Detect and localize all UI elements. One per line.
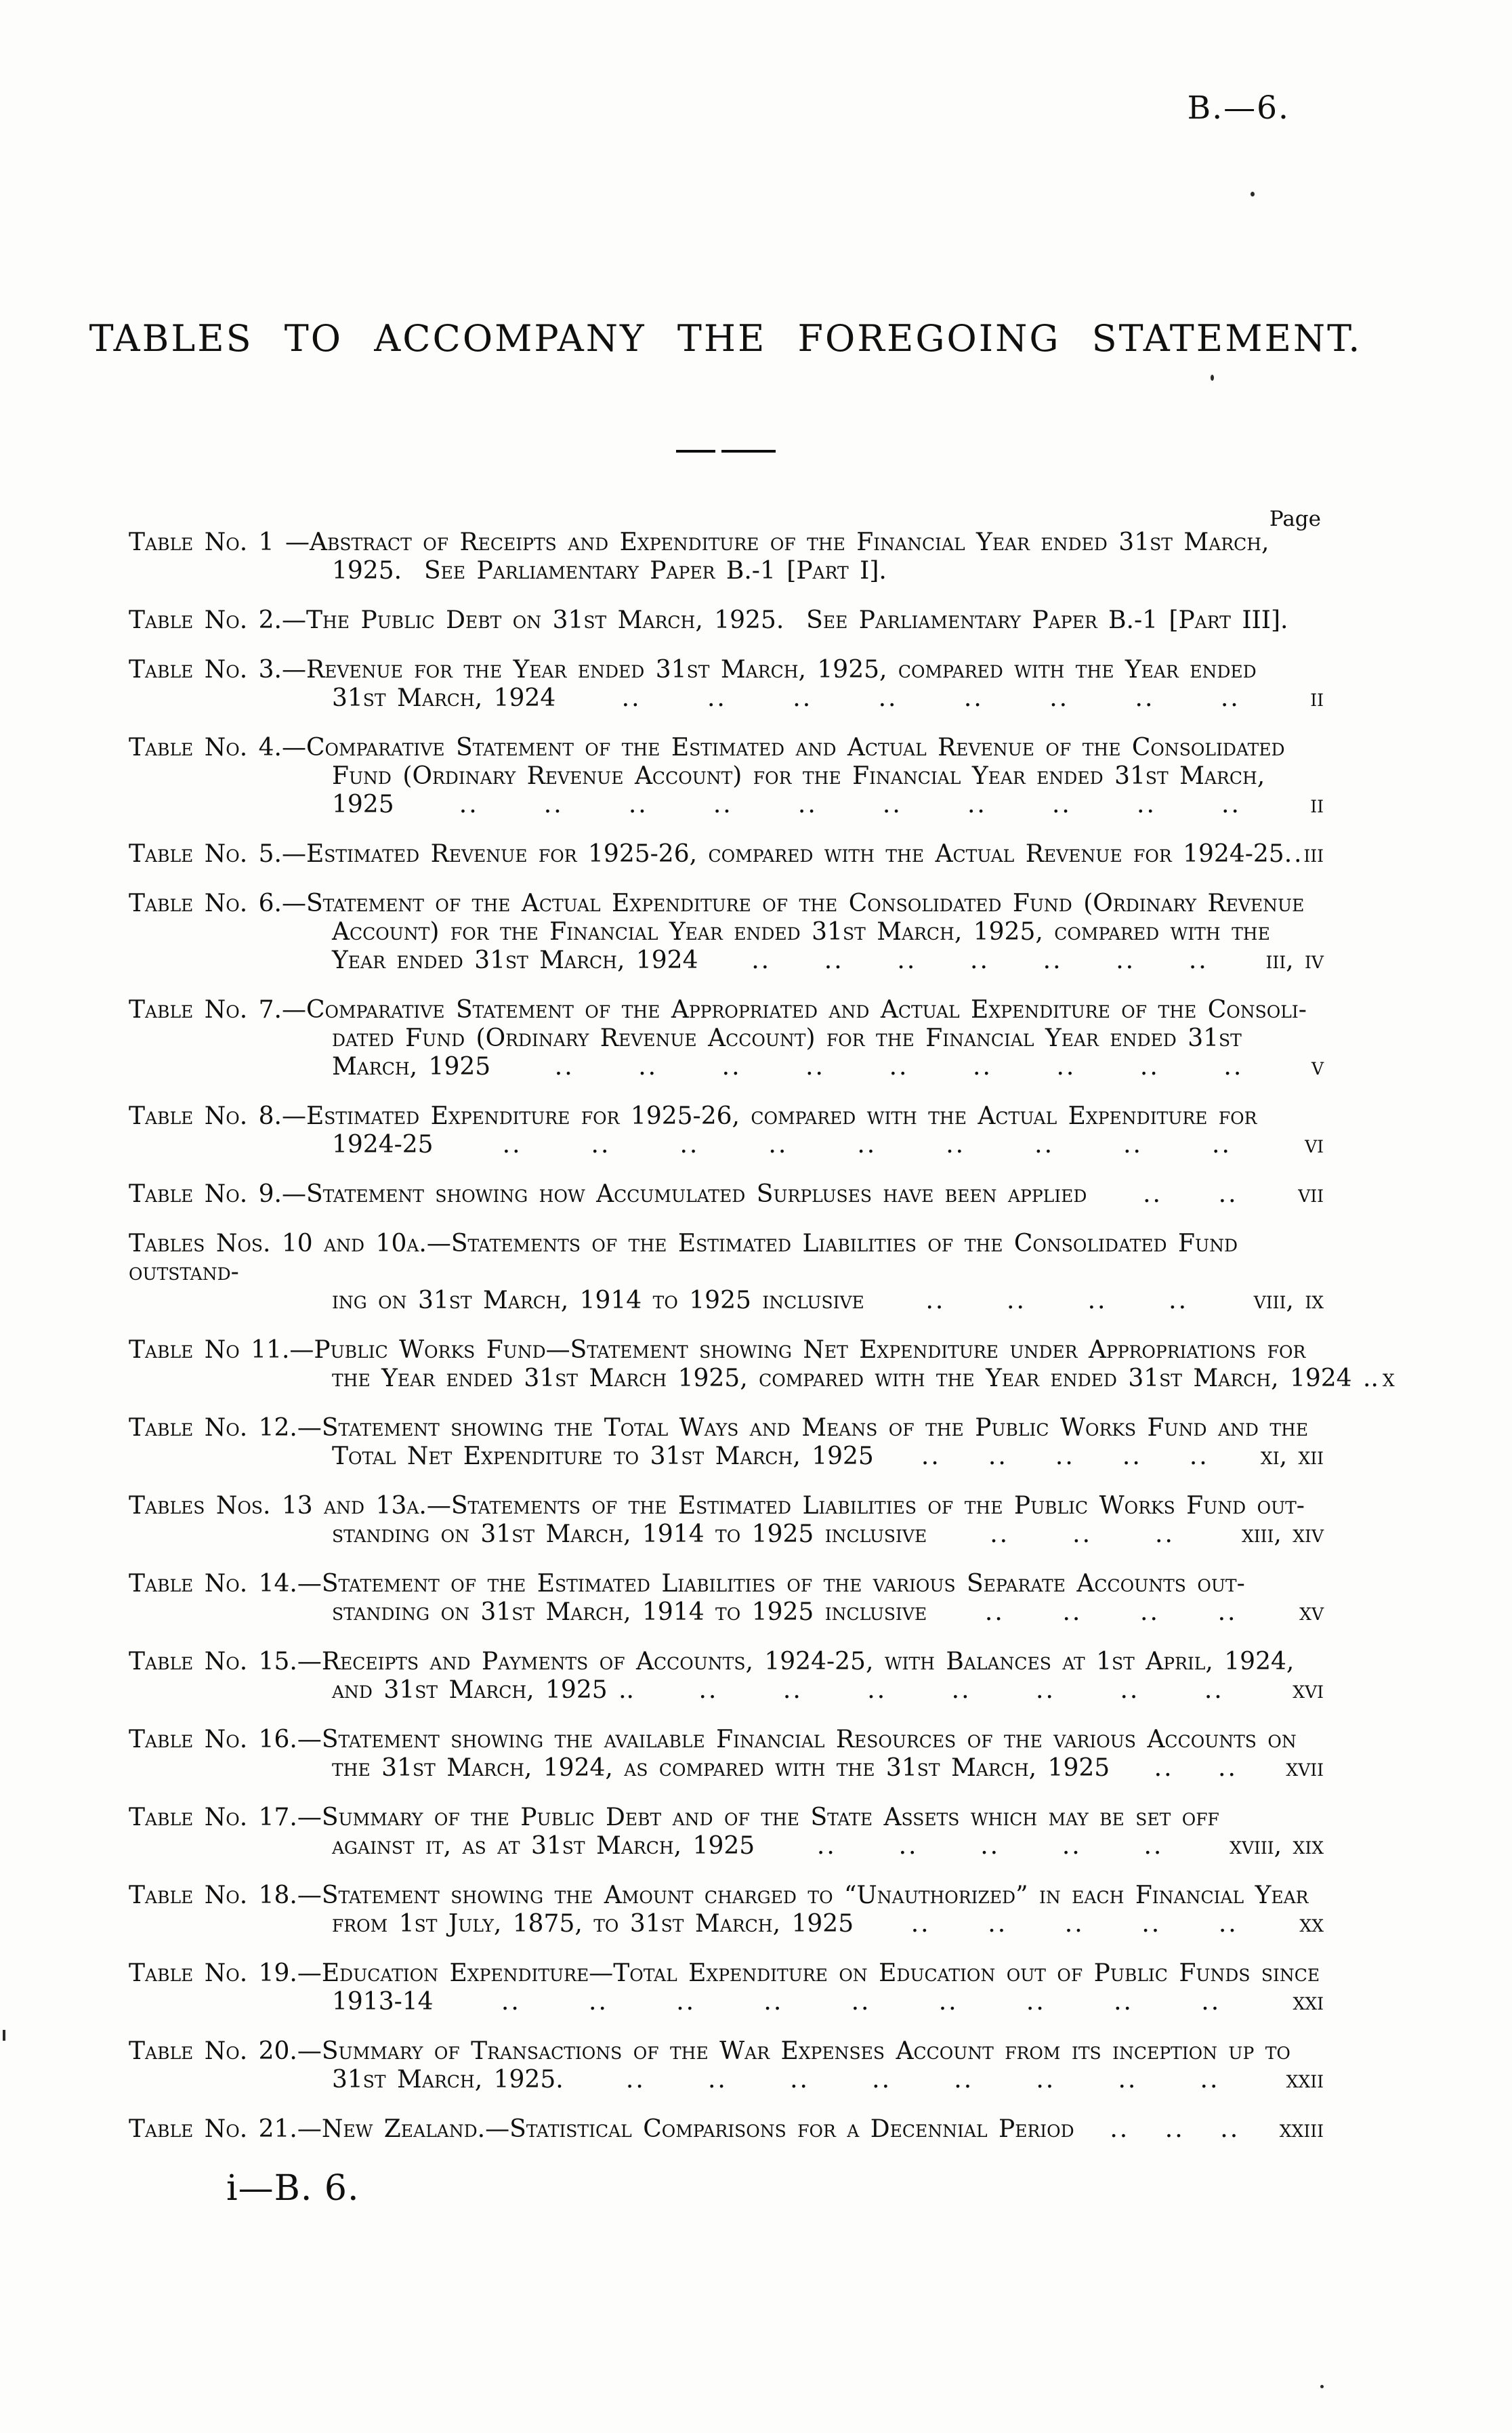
- dot-leader-pair: ..: [629, 791, 648, 819]
- dot-leader-pair: ..: [1062, 1832, 1082, 1860]
- dot-leader-pair: ..: [973, 1053, 992, 1081]
- dot-leader-pair: ..: [1056, 1053, 1076, 1081]
- scan-artifact: [3, 2030, 5, 2041]
- dot-leader: ..................: [434, 1131, 1301, 1159]
- dot-leader: ..........: [874, 1442, 1257, 1471]
- dot-leader-pair: ..: [1110, 2115, 1129, 2144]
- toc-entry-line: the Year ended 31st March 1925, compared…: [129, 1365, 1324, 1393]
- dot-leader: ......: [927, 1520, 1238, 1549]
- dot-leader-pair: ..: [1140, 1598, 1160, 1627]
- toc-entry-text: the 31st March, 1924, as compared with t…: [332, 1754, 1110, 1783]
- page-number: iii: [1299, 840, 1324, 869]
- dot-leader-pair: ..: [1088, 1287, 1108, 1315]
- dot-leader-pair: ..: [911, 1910, 931, 1938]
- dot-leader-pair: ..: [1155, 1520, 1175, 1549]
- dot-leader-pair: ..: [1223, 1053, 1243, 1081]
- dot-leader-pair: ..: [925, 1287, 945, 1315]
- dot-leader: ................: [555, 684, 1306, 713]
- toc-entry-line: 1925. See Parliamentary Paper B.-1 [Part…: [129, 557, 1324, 585]
- toc-entry-text: Table No. 9.—Statement showing how Accum…: [129, 1180, 1087, 1209]
- page-number: viii, ix: [1250, 1287, 1324, 1315]
- dot-leader-pair: ..: [1219, 1910, 1238, 1938]
- document-page: B.—6. TABLES TO ACCOMPANY THE FOREGOING …: [0, 0, 1512, 2433]
- page-number: xxii: [1282, 2066, 1324, 2094]
- toc-entry: Table No. 9.—Statement showing how Accum…: [129, 1180, 1324, 1209]
- toc-entry-line: Table No. 19.—Education Expenditure—Tota…: [129, 1959, 1324, 1988]
- dot-leader-pair: ..: [501, 1988, 521, 2016]
- dot-leader-pair: ..: [544, 791, 564, 819]
- toc-entry-text: Total Net Expenditure to 31st March, 192…: [332, 1442, 874, 1471]
- toc-entry-line: and 31st March, 1925 ................xvi: [129, 1676, 1324, 1705]
- dot-leader-pair: ..: [921, 1442, 941, 1471]
- dot-leader-pair: ..: [1137, 791, 1156, 819]
- toc-entry: Table No. 12.—Statement showing the Tota…: [129, 1414, 1324, 1471]
- toc-entry-text: 31st March, 1925.: [332, 2066, 564, 2094]
- toc-entry-text: from 1st July, 1875, to 31st March, 1925: [332, 1910, 854, 1938]
- toc-entry-line: 1924-25..................vi: [129, 1131, 1324, 1159]
- toc-entry-line: Total Net Expenditure to 31st March, 192…: [129, 1442, 1324, 1471]
- dot-leader-pair: ..: [889, 1053, 909, 1081]
- toc-entry: Table No. 14.—Statement of the Estimated…: [129, 1570, 1324, 1627]
- toc-entry: Table No. 5.—Estimated Revenue for 1925-…: [129, 840, 1324, 869]
- toc-entry-line: Table No. 3.—Revenue for the Year ended …: [129, 656, 1324, 684]
- dot-leader: ..................: [434, 1988, 1289, 2016]
- document-reference: B.—6.: [1188, 89, 1290, 127]
- page-title: TABLES TO ACCOMPANY THE FOREGOING STATEM…: [0, 317, 1512, 360]
- dot-leader-pair: ..: [708, 2066, 728, 2094]
- dot-leader-pair: ..: [1026, 1988, 1046, 2016]
- toc-entry-text: 1913-14: [332, 1988, 434, 2016]
- toc-entry-line: against it, as at 31st March, 1925......…: [129, 1832, 1324, 1860]
- dot-leader-pair: ..: [1212, 1131, 1232, 1159]
- dot-leader-pair: ..: [1055, 1442, 1075, 1471]
- toc-entry-line: Table No. 4.—Comparative Statement of th…: [129, 734, 1324, 762]
- toc-entry-line: standing on 31st March, 1914 to 1925 inc…: [129, 1520, 1324, 1549]
- toc-entry: Table No. 21.—New Zealand.—Statistical C…: [129, 2115, 1324, 2144]
- dot-leader: ................: [564, 2066, 1282, 2094]
- toc-entry-line: Table No. 18.—Statement showing the Amou…: [129, 1881, 1324, 1910]
- dot-leader-pair: ..: [857, 1131, 877, 1159]
- dot-leader-pair: ..: [1072, 1520, 1092, 1549]
- toc-entry-line: Table No. 9.—Statement showing how Accum…: [129, 1180, 1324, 1209]
- toc-entry-line: Table No. 5.—Estimated Revenue for 1925-…: [129, 840, 1324, 869]
- page-number: v: [1307, 1053, 1324, 1081]
- dot-leader: ....: [1087, 1180, 1294, 1209]
- dot-leader-pair: ..: [883, 791, 902, 819]
- toc-entry-line: 31st March, 1925.................xxii: [129, 2066, 1324, 2094]
- dot-leader-pair: ..: [980, 1832, 1000, 1860]
- page-number: vii: [1294, 1180, 1324, 1209]
- dot-leader-pair: ..: [1169, 1287, 1188, 1315]
- toc-entry-line: March, 1925..................v: [129, 1053, 1324, 1081]
- dot-leader: ..............: [698, 947, 1261, 975]
- dot-leader-pair: ..: [626, 2066, 646, 2094]
- dot-leader-pair: ..: [790, 2066, 810, 2094]
- dot-leader-pair: ..: [591, 1131, 611, 1159]
- dot-leader-pair: ..: [1034, 1131, 1054, 1159]
- dot-leader-pair: ..: [946, 1131, 965, 1159]
- toc-entry-line: Table No. 16.—Statement showing the avai…: [129, 1726, 1324, 1754]
- divider-segment: [721, 450, 776, 453]
- scan-artifact: [1251, 192, 1255, 196]
- toc-entry-line: Fund (Ordinary Revenue Account) for the …: [129, 762, 1324, 791]
- dot-leader-pair: ..: [867, 1676, 887, 1705]
- toc-entry-text: the Year ended 31st March 1925, compared…: [332, 1365, 1379, 1393]
- dot-leader-pair: ..: [751, 947, 771, 975]
- dot-leader-pair: ..: [1204, 1676, 1224, 1705]
- dot-leader-pair: ..: [1143, 1180, 1162, 1209]
- toc-entry-line: Table No. 8.—Estimated Expenditure for 1…: [129, 1102, 1324, 1131]
- page-number: xxiii: [1276, 2115, 1324, 2144]
- toc-entry: Table No. 8.—Estimated Expenditure for 1…: [129, 1102, 1324, 1159]
- dot-leader-pair: ..: [1065, 1910, 1085, 1938]
- dot-leader-pair: ..: [1118, 2066, 1137, 2094]
- page-number: vi: [1301, 1131, 1324, 1159]
- dot-leader-pair: ..: [622, 684, 642, 713]
- dot-leader-pair: ..: [555, 1053, 574, 1081]
- toc-entry-line: Table No 11.—Public Works Fund—Statement…: [129, 1336, 1324, 1365]
- dot-leader-pair: ..: [1221, 684, 1240, 713]
- divider-segment: [676, 450, 715, 453]
- toc-entry-line: dated Fund (Ordinary Revenue Account) fo…: [129, 1024, 1324, 1053]
- dot-leader-pair: ..: [1036, 1676, 1055, 1705]
- dot-leader-pair: ..: [852, 1988, 871, 2016]
- toc-entry-text: Table No. 21.—New Zealand.—Statistical C…: [129, 2115, 1074, 2144]
- dot-leader-pair: ..: [1284, 840, 1300, 869]
- toc-entry-line: Tables Nos. 10 and 10a.—Statements of th…: [129, 1230, 1324, 1287]
- scan-artifact: [1211, 375, 1214, 381]
- dot-leader-pair: ..: [793, 684, 812, 713]
- page-number: xvii: [1282, 1754, 1324, 1783]
- dot-leader-pair: ..: [817, 1832, 837, 1860]
- dot-leader-pair: ..: [1123, 1131, 1143, 1159]
- dot-leader-pair: ..: [707, 684, 727, 713]
- footer-signature: i—B. 6.: [226, 2168, 360, 2209]
- dot-leader-pair: ..: [988, 1910, 1007, 1938]
- toc-entries: Table No. 1 —Abstract of Receipts and Ex…: [129, 528, 1324, 2144]
- toc-entry-text: 1924-25: [332, 1131, 434, 1159]
- dot-leader-pair: ..: [1052, 791, 1072, 819]
- dot-leader-pair: ..: [1219, 1180, 1238, 1209]
- dot-leader-pair: ..: [1143, 1832, 1163, 1860]
- toc-entry: Table No. 16.—Statement showing the avai…: [129, 1726, 1324, 1783]
- toc-entry-text: March, 1925: [332, 1053, 490, 1081]
- dot-leader-pair: ..: [954, 2066, 973, 2094]
- toc-entry-line: ing on 31st March, 1914 to 1925 inclusiv…: [129, 1287, 1324, 1315]
- dot-leader-pair: ..: [1141, 1910, 1161, 1938]
- title-divider-rule: [676, 450, 778, 453]
- dot-leader-pair: ..: [676, 1988, 696, 2016]
- toc-entry: Table No. 15.—Receipts and Payments of A…: [129, 1648, 1324, 1705]
- dot-leader-pair: ..: [988, 1442, 1008, 1471]
- toc-entry-line: Table No. 7.—Comparative Statement of th…: [129, 996, 1324, 1024]
- toc-entry: Table No. 7.—Comparative Statement of th…: [129, 996, 1324, 1081]
- dot-leader-pair: ..: [1165, 2115, 1185, 2144]
- dot-leader-pair: ..: [964, 684, 984, 713]
- dot-leader-pair: ..: [1043, 947, 1063, 975]
- dot-leader-pair: ..: [503, 1131, 522, 1159]
- toc-entry: Tables Nos. 10 and 10a.—Statements of th…: [129, 1230, 1324, 1315]
- toc-entry: Table No 11.—Public Works Fund—Statement…: [129, 1336, 1324, 1393]
- dot-leader: ..................: [490, 1053, 1307, 1081]
- dot-leader-pair: ..: [1154, 1754, 1174, 1783]
- dot-leader-pair: ..: [783, 1676, 803, 1705]
- dot-leader-pair: ..: [1114, 1988, 1133, 2016]
- toc-entry-line: Table No. 20.—Summary of Transactions of…: [129, 2037, 1324, 2066]
- page-number: x: [1379, 1365, 1395, 1393]
- toc-entry-text: Table No. 5.—Estimated Revenue for 1925-…: [129, 840, 1284, 869]
- toc-entry-line: Table No. 21.—New Zealand.—Statistical C…: [129, 2115, 1324, 2144]
- dot-leader: ..........: [755, 1832, 1225, 1860]
- dot-leader-pair: ..: [722, 1053, 742, 1081]
- toc-entry-text: 1925: [332, 791, 394, 819]
- dot-leader-pair: ..: [1036, 2066, 1055, 2094]
- dot-leader-pair: ..: [897, 947, 917, 975]
- dot-leader-pair: ..: [1218, 1754, 1238, 1783]
- dot-leader-pair: ..: [1218, 1598, 1238, 1627]
- dot-leader-pair: ..: [1190, 1442, 1209, 1471]
- scan-artifact: [1320, 2385, 1324, 2388]
- toc-entry-line: standing on 31st March, 1914 to 1925 inc…: [129, 1598, 1324, 1627]
- dot-leader-pair: ..: [1122, 1442, 1142, 1471]
- dot-leader-pair: ..: [1200, 2066, 1220, 2094]
- page-number: ii: [1306, 791, 1324, 819]
- toc-entry: Table No. 4.—Comparative Statement of th…: [129, 734, 1324, 819]
- toc-entry-line: Table No. 15.—Receipts and Payments of A…: [129, 1648, 1324, 1676]
- toc-entry-line: Year ended 31st March, 1924.............…: [129, 947, 1324, 975]
- page-number: ii: [1306, 684, 1324, 713]
- toc-entry-line: Table No. 6.—Statement of the Actual Exp…: [129, 890, 1324, 918]
- dot-leader-pair: ..: [459, 791, 479, 819]
- dot-leader-pair: ..: [1116, 947, 1135, 975]
- toc-entry-line: Table No. 12.—Statement showing the Tota…: [129, 1414, 1324, 1442]
- dot-leader-pair: ..: [713, 791, 733, 819]
- toc-entry-line: 1913-14..................xxi: [129, 1988, 1324, 2016]
- dot-leader: ..........: [854, 1910, 1295, 1938]
- table-of-contents: Table No. 1 —Abstract of Receipts and Ex…: [129, 528, 1324, 2165]
- dot-leader-pair: ..: [768, 1131, 788, 1159]
- toc-entry-line: Table No. 1 —Abstract of Receipts and Ex…: [129, 528, 1324, 557]
- dot-leader-pair: ..: [1201, 1988, 1221, 2016]
- dot-leader-pair: ..: [899, 1832, 919, 1860]
- dot-leader-pair: ..: [872, 2066, 891, 2094]
- toc-entry-line: the 31st March, 1924, as compared with t…: [129, 1754, 1324, 1783]
- dot-leader: ......: [1074, 2115, 1276, 2144]
- dot-leader-pair: ..: [952, 1676, 971, 1705]
- dot-leader-pair: ..: [1189, 947, 1209, 975]
- toc-entry: Tables Nos. 13 and 13a.—Statements of th…: [129, 1492, 1324, 1549]
- dot-leader-pair: ..: [1220, 2115, 1240, 2144]
- toc-entry-line: from 1st July, 1875, to 31st March, 1925…: [129, 1910, 1324, 1938]
- dot-leader-pair: ..: [990, 1520, 1009, 1549]
- toc-entry: Table No. 17.—Summary of the Public Debt…: [129, 1804, 1324, 1860]
- toc-entry: Table No. 20.—Summary of Transactions of…: [129, 2037, 1324, 2094]
- page-number: xviii, xix: [1225, 1832, 1324, 1860]
- toc-entry-line: Table No. 2.—The Public Debt on 31st Mar…: [129, 606, 1324, 635]
- page-number: xx: [1295, 1910, 1324, 1938]
- toc-entry: Table No. 18.—Statement showing the Amou…: [129, 1881, 1324, 1938]
- toc-entry-text: against it, as at 31st March, 1925: [332, 1832, 755, 1860]
- toc-entry-text: and 31st March, 1925 ..: [332, 1676, 634, 1705]
- toc-entry: Table No. 19.—Education Expenditure—Tota…: [129, 1959, 1324, 2016]
- dot-leader: ........: [927, 1598, 1295, 1627]
- page-number: xvi: [1288, 1676, 1324, 1705]
- toc-entry-line: Tables Nos. 13 and 13a.—Statements of th…: [129, 1492, 1324, 1520]
- toc-entry-text: ing on 31st March, 1914 to 1925 inclusiv…: [332, 1287, 864, 1315]
- dot-leader-pair: ..: [638, 1053, 658, 1081]
- toc-entry-line: Table No. 14.—Statement of the Estimated…: [129, 1570, 1324, 1598]
- dot-leader-pair: ..: [1135, 684, 1155, 713]
- dot-leader-pair: ..: [824, 947, 844, 975]
- dot-leader-pair: ..: [1049, 684, 1069, 713]
- dot-leader: ..: [1284, 840, 1300, 869]
- toc-entry: Table No. 6.—Statement of the Actual Exp…: [129, 890, 1324, 975]
- toc-entry-line: 1925....................ii: [129, 791, 1324, 819]
- page-number: xiii, xiv: [1238, 1520, 1324, 1549]
- toc-entry-text: standing on 31st March, 1914 to 1925 inc…: [332, 1598, 927, 1627]
- dot-leader: ....: [1110, 1754, 1282, 1783]
- dot-leader-pair: ..: [679, 1131, 699, 1159]
- dot-leader-pair: ..: [970, 947, 990, 975]
- dot-leader-pair: ..: [698, 1676, 718, 1705]
- toc-entry-text: 31st March, 1924: [332, 684, 555, 713]
- toc-entry-text: Year ended 31st March, 1924: [332, 947, 698, 975]
- dot-leader-pair: ..: [1062, 1598, 1082, 1627]
- page-number: xi, xii: [1257, 1442, 1324, 1471]
- dot-leader-pair: ..: [967, 791, 987, 819]
- page-number: xxi: [1289, 1988, 1324, 2016]
- toc-entry: Table No. 3.—Revenue for the Year ended …: [129, 656, 1324, 713]
- toc-entry-text: standing on 31st March, 1914 to 1925 inc…: [332, 1520, 927, 1549]
- dot-leader-pair: ..: [589, 1988, 608, 2016]
- dot-leader: ....................: [394, 791, 1307, 819]
- page-number: xv: [1295, 1598, 1324, 1627]
- dot-leader-pair: ..: [1007, 1287, 1026, 1315]
- page-number: iii, iv: [1262, 947, 1324, 975]
- toc-entry: Table No. 1 —Abstract of Receipts and Ex…: [129, 528, 1324, 585]
- dot-leader-pair: ..: [985, 1598, 1005, 1627]
- dot-leader-pair: ..: [798, 791, 818, 819]
- dot-leader-pair: ..: [805, 1053, 825, 1081]
- dot-leader: ..............: [634, 1676, 1288, 1705]
- dot-leader-pair: ..: [1140, 1053, 1160, 1081]
- dot-leader-pair: ..: [879, 684, 898, 713]
- toc-entry: Table No. 2.—The Public Debt on 31st Mar…: [129, 606, 1324, 635]
- dot-leader-pair: ..: [763, 1988, 783, 2016]
- toc-entry-line: Table No. 17.—Summary of the Public Debt…: [129, 1804, 1324, 1832]
- dot-leader-pair: ..: [939, 1988, 959, 2016]
- toc-entry-line: Account) for the Financial Year ended 31…: [129, 918, 1324, 947]
- dot-leader-pair: ..: [1221, 791, 1241, 819]
- toc-entry-line: 31st March, 1924................ii: [129, 684, 1324, 713]
- dot-leader: ........: [864, 1287, 1250, 1315]
- dot-leader-pair: ..: [1120, 1676, 1139, 1705]
- page-column-header: Page: [1269, 507, 1321, 531]
